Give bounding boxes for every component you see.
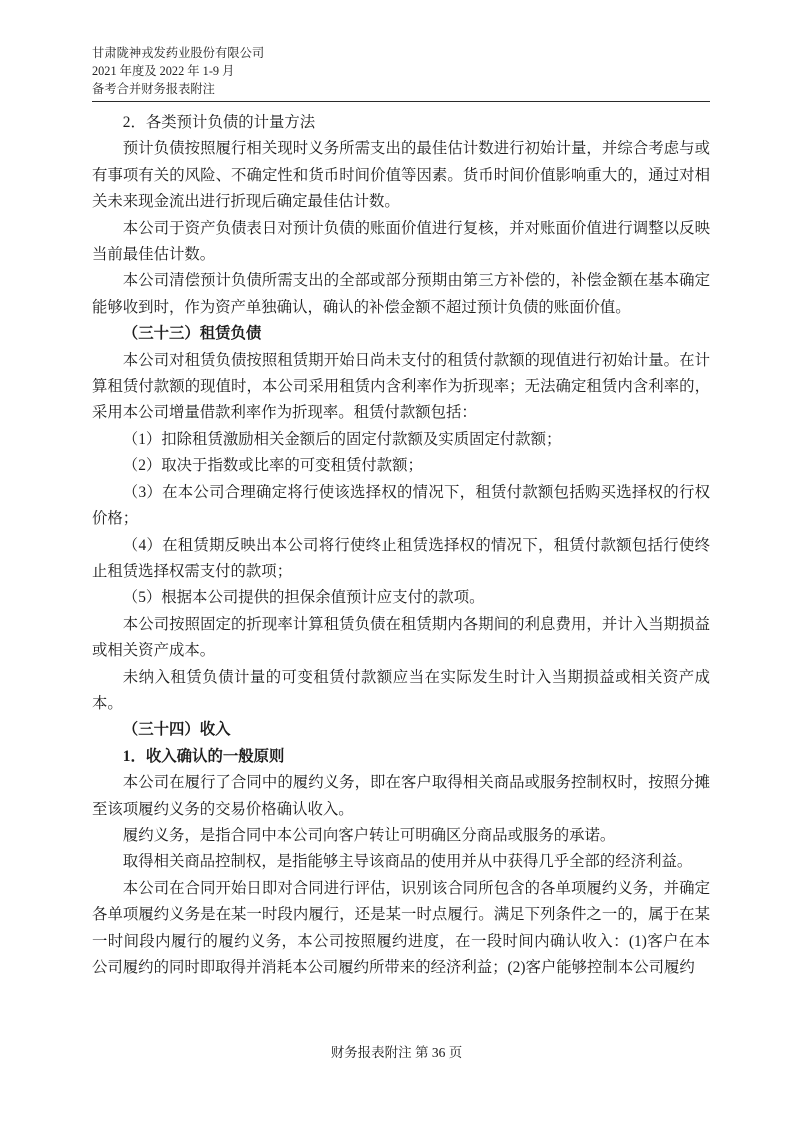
paragraph: 本公司对租赁负债按照租赁期开始日尚未支付的租赁付款额的现值进行初始计量。在计算租… xyxy=(92,348,710,427)
paragraph: 本公司在合同开始日即对合同进行评估，识别该合同所包含的各单项履约义务，并确定各单… xyxy=(92,876,710,982)
paragraph: 本公司按照固定的折现率计算租赁负债在租赁期内各期间的利息费用，并计入当期损益或相… xyxy=(92,612,710,665)
page-footer: 财务报表附注 第 36 页 xyxy=(0,1041,793,1061)
paragraph: 本公司在履行了合同中的履约义务，即在客户取得相关商品或服务控制权时，按照分摊至该… xyxy=(92,770,710,823)
document-page: 甘肃陇神戎发药业股份有限公司 2021 年度及 2022 年 1-9 月 备考合… xyxy=(0,0,793,1122)
paragraph: 本公司于资产负债表日对预计负债的账面价值进行复核，并对账面价值进行调整以反映当前… xyxy=(92,216,710,269)
paragraph: 本公司清偿预计负债所需支出的全部或部分预期由第三方补偿的，补偿金额在基本确定能够… xyxy=(92,268,710,321)
subsection-heading-revenue-recognition: 1．收入确认的一般原则 xyxy=(92,744,710,770)
header-divider xyxy=(92,101,710,102)
report-period: 2021 年度及 2022 年 1-9 月 xyxy=(92,62,710,80)
section-heading-measurement-methods: 2．各类预计负债的计量方法 xyxy=(92,110,710,136)
document-header: 甘肃陇神戎发药业股份有限公司 2021 年度及 2022 年 1-9 月 备考合… xyxy=(92,44,710,98)
list-item: （5）根据本公司提供的担保余值预计应支付的款项。 xyxy=(92,585,710,611)
list-item: （4）在租赁期反映出本公司将行使终止租赁选择权的情况下，租赁付款额包括行使终止租… xyxy=(92,533,710,586)
company-name: 甘肃陇神戎发药业股份有限公司 xyxy=(92,44,710,62)
paragraph: 预计负债按照履行相关现时义务所需支出的最佳估计数进行初始计量，并综合考虑与或有事… xyxy=(92,136,710,215)
list-item: （1）扣除租赁激励相关金额后的固定付款额及实质固定付款额； xyxy=(92,427,710,453)
list-item: （2）取决于指数或比率的可变租赁付款额； xyxy=(92,453,710,479)
document-body: 2．各类预计负债的计量方法 预计负债按照履行相关现时义务所需支出的最佳估计数进行… xyxy=(92,110,710,981)
report-title: 备考合并财务报表附注 xyxy=(92,80,710,98)
section-heading-lease-liabilities: （三十三）租赁负债 xyxy=(92,321,710,347)
list-item: （3）在本公司合理确定将行使该选择权的情况下，租赁付款额包括购买选择权的行权价格… xyxy=(92,480,710,533)
paragraph: 取得相关商品控制权，是指能够主导该商品的使用并从中获得几乎全部的经济利益。 xyxy=(92,849,710,875)
paragraph: 履约义务，是指合同中本公司向客户转让可明确区分商品或服务的承诺。 xyxy=(92,823,710,849)
paragraph: 未纳入租赁负债计量的可变租赁付款额应当在实际发生时计入当期损益或相关资产成本。 xyxy=(92,665,710,718)
section-heading-revenue: （三十四）收入 xyxy=(92,717,710,743)
